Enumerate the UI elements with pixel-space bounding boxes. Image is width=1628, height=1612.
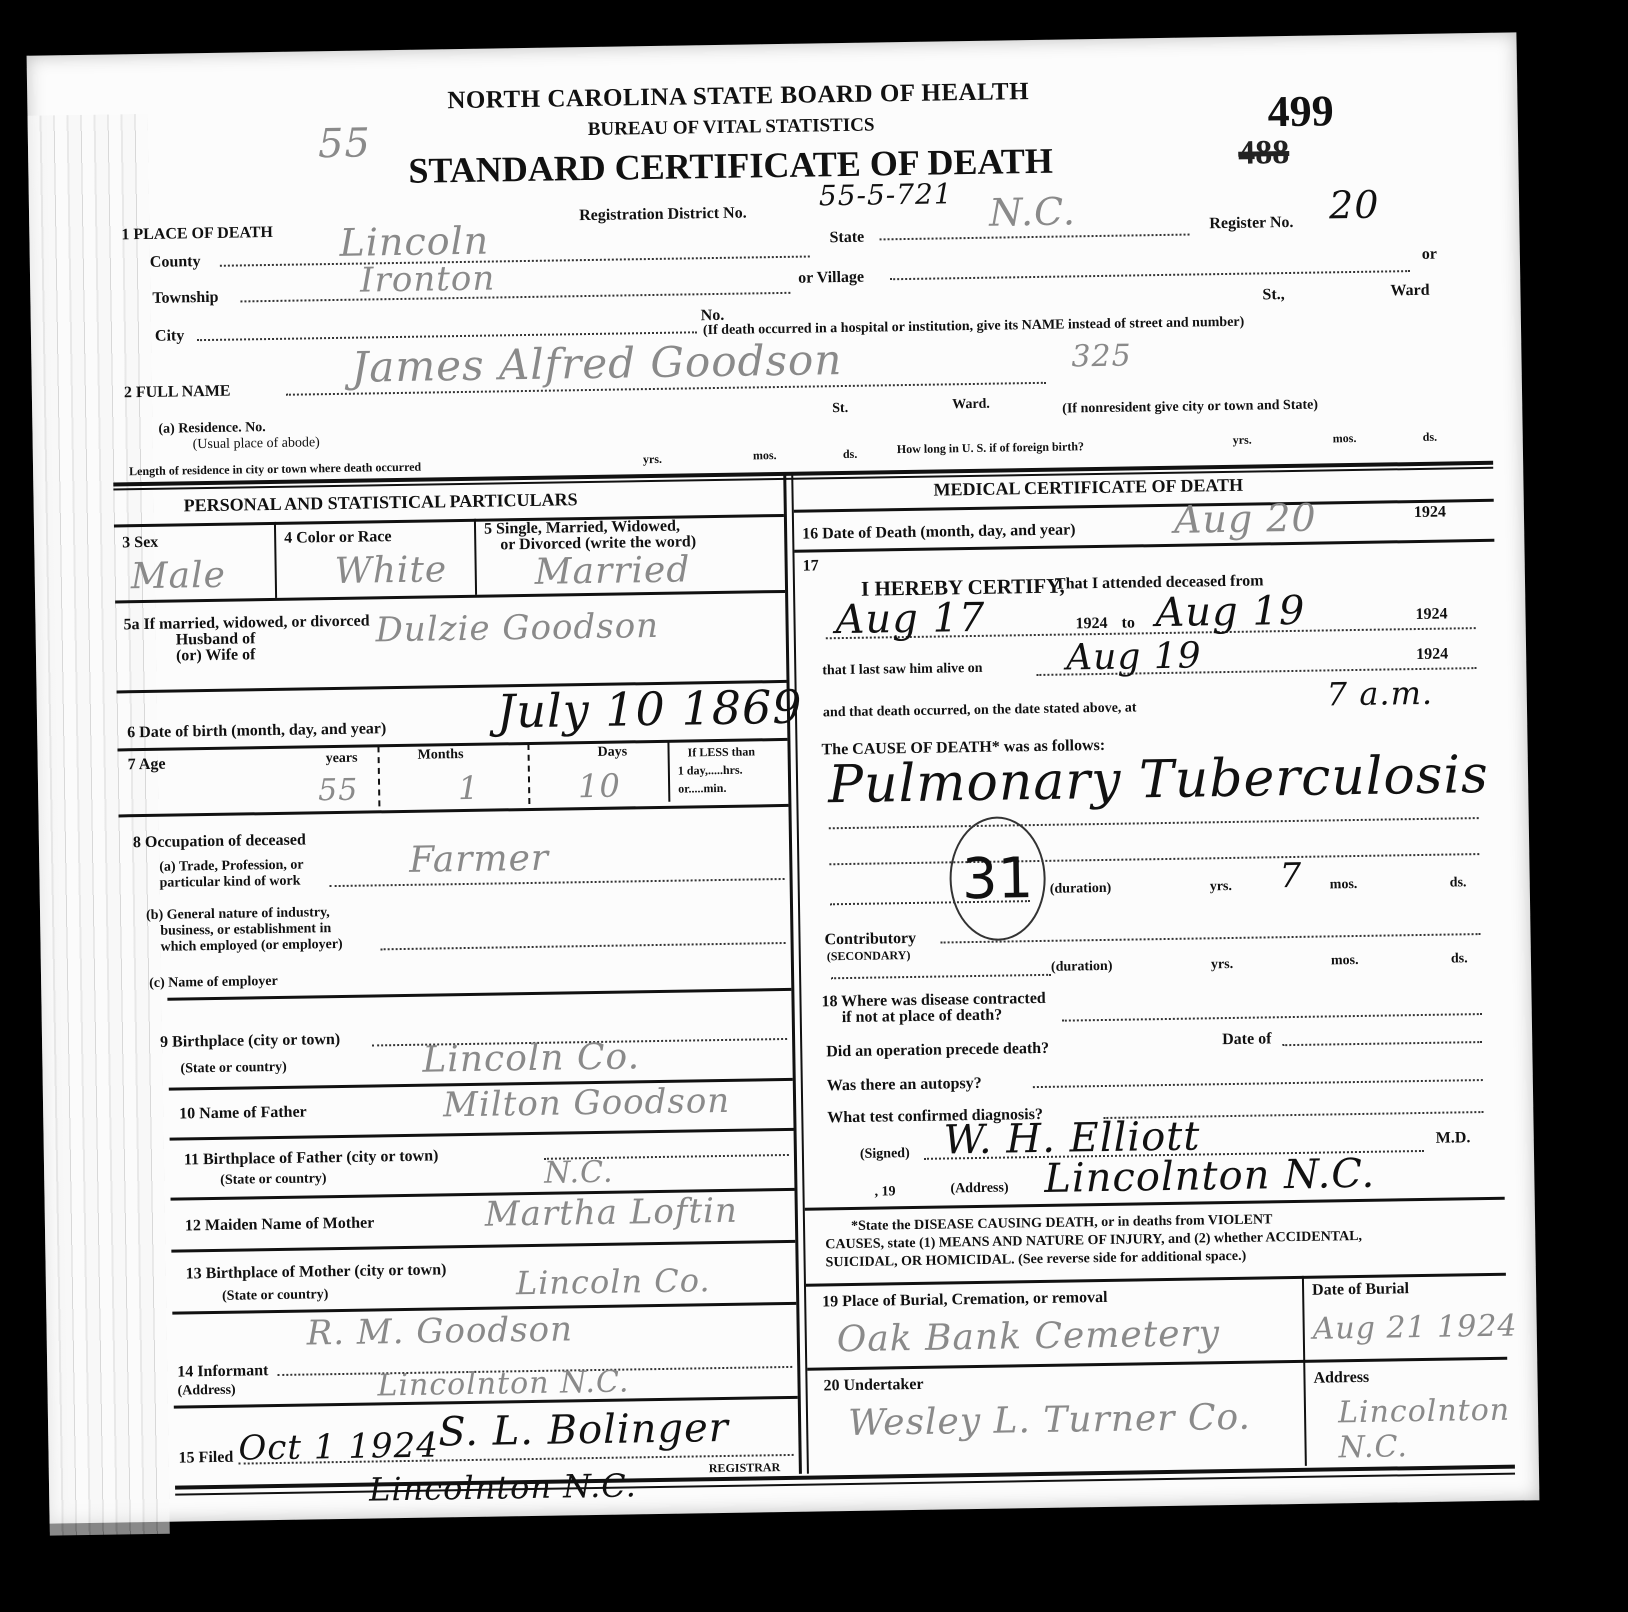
full-name-annotation: 325 — [1071, 338, 1132, 374]
item-17: 17 — [803, 557, 819, 575]
foreign-mos-label: mos. — [1333, 431, 1357, 446]
age-months-label: Months — [417, 747, 463, 764]
mother-birthplace-value: Lincoln Co. — [516, 1261, 711, 1302]
ds-label: ds. — [843, 447, 858, 462]
mother-birthplace-label: 13 Birthplace of Mother (city or town) — [186, 1261, 447, 1283]
residence-st-label: St. — [832, 401, 848, 417]
operation-label: Did an operation precede death? — [826, 1040, 1049, 1061]
registrar-label: REGISTRAR — [709, 1460, 781, 1476]
foreign-ds-label: ds. — [1423, 430, 1438, 445]
cause-value: Pulmonary Tuberculosis — [828, 745, 1489, 815]
registration-district: 55-5-721 — [819, 177, 953, 212]
year-prefix: , 19 — [874, 1184, 895, 1200]
attended-from: Aug 17 — [835, 595, 986, 643]
father-birthplace-value: N.C. — [544, 1155, 614, 1191]
less-label-2: 1 day,.....hrs. — [678, 763, 743, 779]
state-value: N.C. — [989, 189, 1076, 234]
father-value: Milton Goodson — [443, 1081, 731, 1126]
state-label: State — [829, 229, 864, 248]
street-label: St., — [1262, 286, 1285, 304]
trade-label-2: particular kind of work — [159, 874, 300, 892]
dod-label: 16 Date of Death (month, day, and year) — [802, 521, 1076, 543]
full-name-label: 2 FULL NAME — [124, 383, 231, 403]
race-label: 4 Color or Race — [284, 528, 392, 548]
signed-label: (Signed) — [860, 1146, 910, 1163]
filed-label: 15 Filed — [178, 1449, 233, 1468]
occurred-label: and that death occurred, on the date sta… — [823, 700, 1137, 721]
age-months-value: 1 — [458, 769, 480, 807]
physician-address: Lincolnton N.C. — [1044, 1151, 1376, 1202]
city-label: City — [155, 327, 185, 345]
sex-label: 3 Sex — [122, 534, 158, 553]
burial-date-label: Date of Burial — [1312, 1280, 1409, 1300]
township-label: Township — [152, 289, 218, 308]
contracted-label-2: if not at place of death? — [842, 1007, 1003, 1028]
attended-from-year: 1924 — [1075, 615, 1107, 634]
undertaker-value: Wesley L. Turner Co. — [848, 1397, 1251, 1444]
length-residence-label: Length of residence in city or town wher… — [129, 460, 421, 480]
bureau-title: BUREAU OF VITAL STATISTICS — [588, 114, 875, 141]
ward-label: Ward — [1390, 282, 1429, 301]
autopsy-label: Was there an autopsy? — [827, 1075, 982, 1095]
informant-label: 14 Informant — [177, 1362, 268, 1381]
father-birthplace-label: 11 Birthplace of Father (city or town) — [184, 1147, 439, 1169]
marital-value: Married — [534, 549, 690, 592]
personal-section-title: PERSONAL AND STATISTICAL PARTICULARS — [183, 489, 577, 516]
spouse-value: Dulzie Goodson — [375, 606, 659, 650]
occupation-label: 8 Occupation of deceased — [133, 832, 306, 853]
last-saw-value: Aug 19 — [1066, 635, 1202, 678]
place-of-death-label: 1 PLACE OF DEATH — [121, 224, 273, 244]
dod-value: Aug 20 — [1174, 496, 1317, 542]
informant-value: R. M. Goodson — [306, 1309, 573, 1353]
race-value: White — [334, 549, 447, 592]
nonresident-note: (If nonresident give city or town and St… — [1062, 398, 1318, 418]
certificate-number: 499 — [1267, 85, 1334, 137]
duration-yrs-label: yrs. — [1210, 879, 1232, 895]
page-title: STANDARD CERTIFICATE OF DEATH — [408, 140, 1053, 192]
age-days-value: 10 — [578, 767, 621, 806]
less-label-1: If LESS than — [687, 744, 755, 760]
foreign-yrs-label: yrs. — [1233, 433, 1252, 448]
duration-months-value: 7 — [1279, 856, 1302, 896]
mos-label: mos. — [753, 448, 777, 463]
father-label: 10 Name of Father — [179, 1104, 307, 1124]
birthplace-label: 9 Birthplace (city or town) — [160, 1031, 340, 1052]
full-name-value: James Alfred Goodson — [351, 335, 843, 392]
age-label: 7 Age — [128, 756, 166, 775]
registrar-signature: S. L. Bolinger — [438, 1405, 729, 1456]
attended-to-year: 1924 — [1415, 606, 1447, 625]
last-saw-year: 1924 — [1416, 646, 1448, 665]
yrs-label: yrs. — [643, 452, 662, 467]
informant-address-value: Lincolnton N.C. — [377, 1364, 629, 1403]
registration-district-label: Registration District No. — [579, 205, 747, 226]
mother-value: Martha Loftin — [485, 1191, 739, 1235]
duration-mos-label: mos. — [1330, 877, 1358, 893]
foreign-birth-label: How long in U. S. if of foreign birth? — [897, 439, 1084, 457]
employer-label: (c) Name of employer — [149, 974, 278, 992]
spouse-label-3: (or) Wife of — [176, 646, 256, 665]
stacked-page-edges — [28, 114, 170, 1536]
residence-sub: (Usual place of abode) — [193, 435, 320, 453]
contributory-yrs-label: yrs. — [1211, 957, 1233, 973]
mother-label: 12 Maiden Name of Mother — [185, 1214, 375, 1235]
operation-date-label: Date of — [1222, 1030, 1272, 1049]
undertaker-address-value: Lincolnton N.C. — [1338, 1392, 1539, 1465]
age-days-label: Days — [597, 744, 627, 760]
dod-year: 1924 — [1414, 504, 1446, 523]
residence-ward-label: Ward. — [952, 397, 990, 414]
township-value: Ironton — [360, 258, 496, 300]
undertaker-label: 20 Undertaker — [823, 1376, 923, 1396]
industry-label-3: which employed (or employer) — [160, 937, 342, 956]
age-years-label: years — [326, 751, 358, 767]
or-label: or — [1422, 246, 1437, 264]
register-number: 20 — [1329, 183, 1380, 228]
contributory-label: Contributory — [824, 930, 916, 949]
residence-label: (a) Residence. No. — [158, 420, 266, 438]
informant-address-label: (Address) — [177, 1383, 235, 1400]
secondary-label: (SECONDARY) — [827, 948, 911, 964]
village-label: or Village — [798, 269, 864, 288]
burial-place-label: 19 Place of Burial, Cremation, or remova… — [822, 1289, 1108, 1311]
duration-label: (duration) — [1050, 881, 1112, 898]
register-label: Register No. — [1209, 214, 1293, 233]
death-time: 7 a.m. — [1326, 674, 1433, 714]
contributory-mos-label: mos. — [1331, 953, 1359, 969]
contributory-duration-label: (duration) — [1051, 959, 1113, 976]
death-certificate: 55 NORTH CAROLINA STATE BOARD OF HEALTH … — [27, 32, 1540, 1523]
md-label: M.D. — [1436, 1129, 1471, 1148]
to-label: to — [1121, 614, 1135, 632]
duration-ds-label: ds. — [1450, 875, 1467, 891]
attended-to: Aug 19 — [1155, 588, 1306, 636]
org-title: NORTH CAROLINA STATE BOARD OF HEALTH — [447, 78, 1029, 115]
margin-note: 55 — [318, 120, 372, 167]
birthplace-value: Lincoln Co. — [422, 1036, 640, 1080]
occupation-value: Farmer — [409, 838, 549, 881]
dob-label: 6 Date of birth (month, day, and year) — [127, 720, 386, 742]
county-label: County — [150, 253, 201, 272]
birthplace-sub: (State or country) — [180, 1060, 287, 1078]
last-saw-label: that I last saw him alive on — [822, 661, 982, 680]
mother-birthplace-sub: (State or country) — [222, 1287, 329, 1305]
sex-value: Male — [130, 555, 226, 597]
less-label-3: or.....min. — [678, 781, 726, 797]
burial-place-value: Oak Bank Cemetery — [837, 1313, 1221, 1360]
undertaker-address-label: Address — [1313, 1369, 1369, 1388]
cause-code-circled: 31 — [949, 816, 1047, 941]
dob-value: July 10 1869 — [496, 680, 802, 739]
burial-date-value: Aug 21 1924 — [1312, 1309, 1517, 1347]
age-years-value: 55 — [318, 773, 359, 809]
certificate-number-struck: 488 — [1238, 134, 1290, 173]
contributory-ds-label: ds. — [1451, 951, 1468, 967]
physician-address-label: (Address) — [950, 1181, 1008, 1198]
father-birthplace-sub: (State or country) — [220, 1171, 327, 1189]
